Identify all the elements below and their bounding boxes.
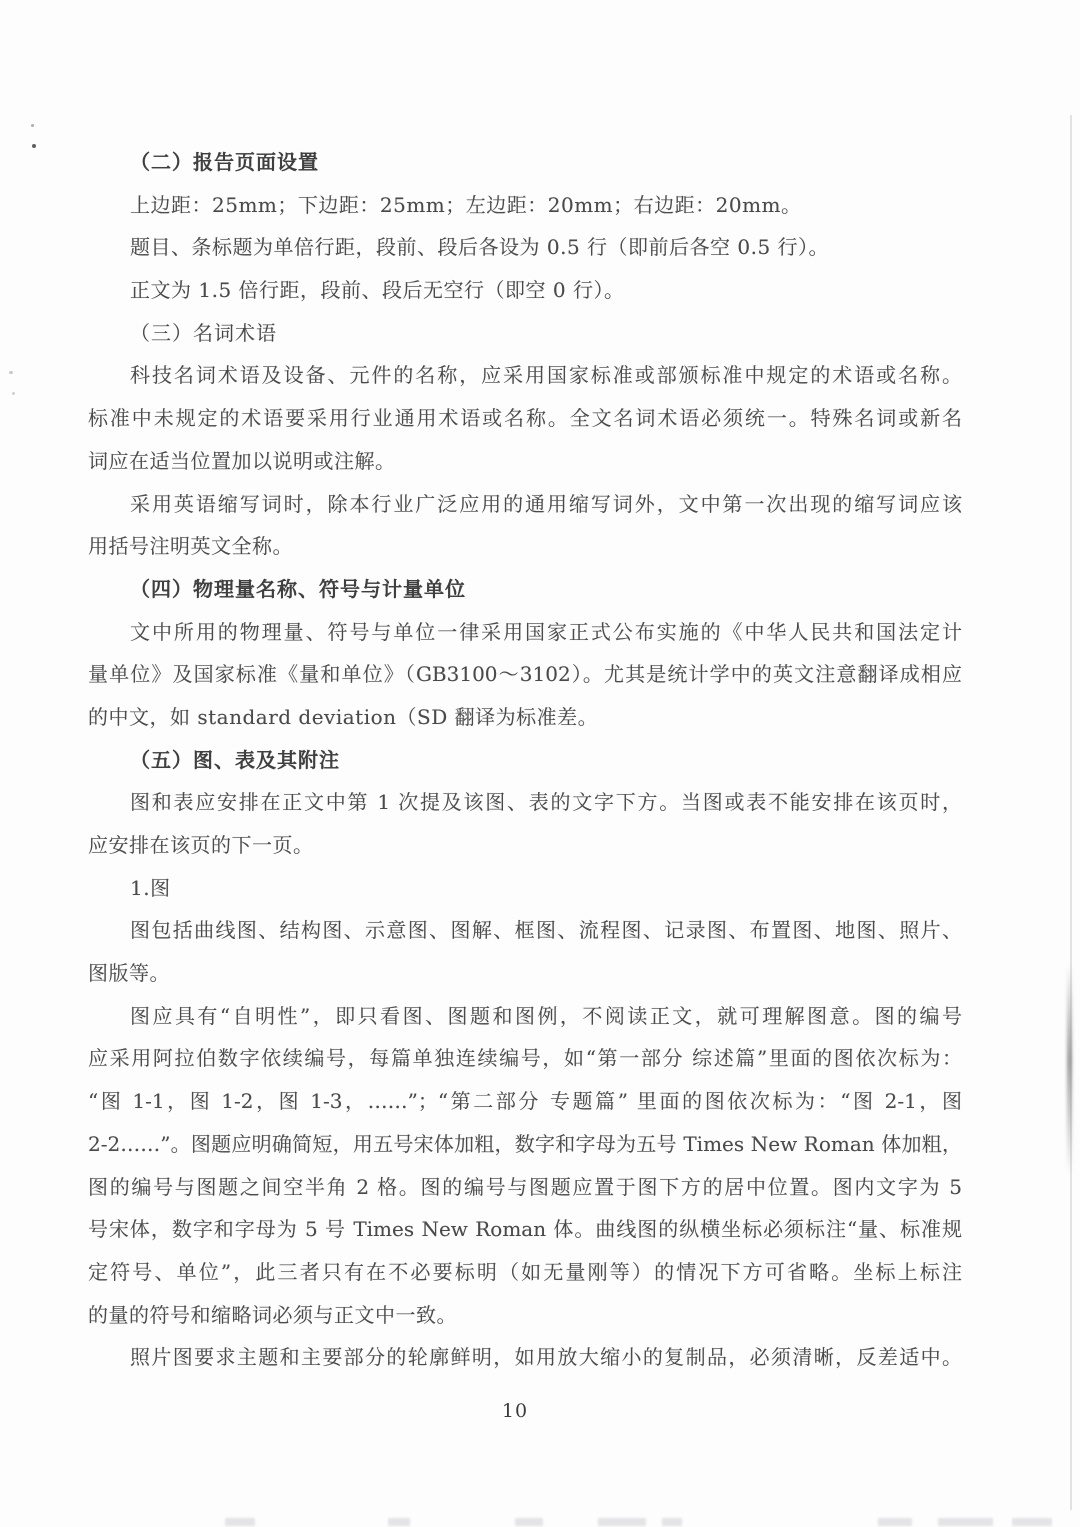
section-heading: （五）图、表及其附注 <box>88 739 962 782</box>
text-line: 用括号注明英文全称。 <box>88 525 962 568</box>
text-line: 正文为 1.5 倍行距，段前、段后无空行（即空 0 行）。 <box>88 269 962 312</box>
section-heading: （四）物理量名称、符号与计量单位 <box>88 568 962 611</box>
section-heading: （三）名词术语 <box>88 312 962 355</box>
text-line: 题目、条标题为单倍行距，段前、段后各设为 0.5 行（即前后各空 0.5 行）。 <box>88 226 962 269</box>
scan-edge-smudge <box>1067 965 1072 1175</box>
text-line: 图版等。 <box>88 952 962 995</box>
text-line: 号宋体，数字和字母为 5 号 Times New Roman 体。曲线图的纵横坐… <box>88 1208 962 1251</box>
text-line: 照片图要求主题和主要部分的轮廓鲜明，如用放大缩小的复制品，必须清晰，反差适中。 <box>88 1336 962 1379</box>
text-line: 词应在适当位置加以说明或注解。 <box>88 440 962 483</box>
text-line: 2-2……”。图题应明确简短，用五号宋体加粗，数字和字母为五号 Times Ne… <box>88 1123 962 1166</box>
page-number: 10 <box>0 1400 1030 1422</box>
document-page: （二）报告页面设置上边距：25mm；下边距：25mm；左边距：20mm；右边距：… <box>0 0 1080 1527</box>
text-line: 上边距：25mm；下边距：25mm；左边距：20mm；右边距：20mm。 <box>88 184 962 227</box>
text-line: 1.图 <box>88 867 962 910</box>
scan-edge-line <box>1070 115 1072 1510</box>
section-heading: （二）报告页面设置 <box>88 141 962 184</box>
text-line: 的中文，如 standard deviation（SD 翻译为标准差。 <box>88 696 962 739</box>
document-text: （二）报告页面设置上边距：25mm；下边距：25mm；左边距：20mm；右边距：… <box>88 141 962 1379</box>
scan-noise-band <box>0 1516 1080 1527</box>
text-line: 应采用阿拉伯数字依续编号，每篇单独连续编号，如“第一部分 综述篇”里面的图依次标… <box>88 1037 962 1080</box>
text-line: 图的编号与图题之间空半角 2 格。图的编号与图题应置于图下方的居中位置。图内文字… <box>88 1166 962 1209</box>
text-line: 图和表应安排在正文中第 1 次提及该图、表的文字下方。当图或表不能安排在该页时， <box>88 781 962 824</box>
scan-speck <box>32 144 36 148</box>
text-line: 文中所用的物理量、符号与单位一律采用国家正式公布实施的《中华人民共和国法定计 <box>88 611 962 654</box>
text-line: 标准中未规定的术语要采用行业通用术语或名称。全文名词术语必须统一。特殊名词或新名 <box>88 397 962 440</box>
text-line: “图 1-1，图 1-2，图 1-3，……”；“第二部分 专题篇” 里面的图依次… <box>88 1080 962 1123</box>
text-line: 量单位》及国家标准《量和单位》（GB3100～3102）。尤其是统计学中的英文注… <box>88 653 962 696</box>
text-line: 图应具有“自明性”，即只看图、图题和图例，不阅读正文，就可理解图意。图的编号 <box>88 995 962 1038</box>
text-line: 采用英语缩写词时，除本行业广泛应用的通用缩写词外，文中第一次出现的缩写词应该 <box>88 483 962 526</box>
text-line: 定符号、单位”，此三者只有在不必要标明（如无量刚等）的情况下方可省略。坐标上标注 <box>88 1251 962 1294</box>
text-line: 图包括曲线图、结构图、示意图、图解、框图、流程图、记录图、布置图、地图、照片、 <box>88 909 962 952</box>
scan-speck <box>9 371 13 374</box>
scan-speck <box>12 392 15 395</box>
scan-speck <box>31 124 34 127</box>
text-line: 科技名词术语及设备、元件的名称，应采用国家标准或部颁标准中规定的术语或名称。 <box>88 354 962 397</box>
text-line: 的量的符号和缩略词必须与正文中一致。 <box>88 1294 962 1337</box>
text-line: 应安排在该页的下一页。 <box>88 824 962 867</box>
